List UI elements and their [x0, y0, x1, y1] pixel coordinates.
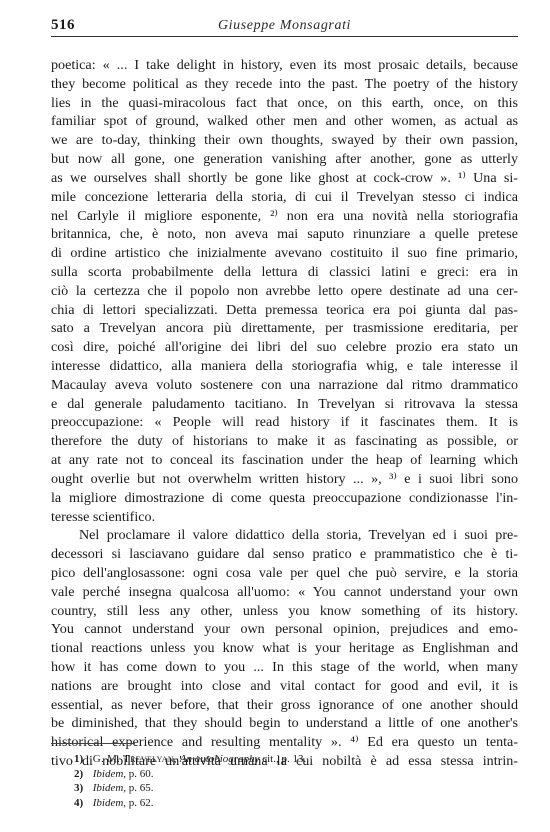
text-line: pico dell'anglosassone: ogni cosa vale p… [51, 564, 518, 583]
text-line: la migliore dimostrazione di come questa… [51, 489, 518, 508]
footnote-title: An autobiography [180, 753, 260, 765]
body-text: poetica: « ... I take delight in history… [51, 56, 518, 771]
text-line: sato a Trevelyan ancora più direttamente… [51, 319, 518, 338]
text-line: decessori si lasciavano guidare dal sens… [51, 545, 518, 564]
text-line: interesse didattico, alla maniera della … [51, 357, 518, 376]
running-title: Giuseppe Monsagrati [51, 18, 518, 34]
text-line: familiar spot of ground, walked other me… [51, 112, 518, 131]
text-line: tional reactions unless you know what is… [51, 639, 518, 658]
text-line: lies in the quasi-miracolous fact that o… [51, 94, 518, 113]
footnote-title: Ibidem, [93, 782, 126, 794]
text-line: Macaulay aveva voluto sostenere con una … [51, 376, 518, 395]
text-line: così dire, poiché all'origine dei libri … [51, 338, 518, 357]
text-line: but now all gone, one generation vanishi… [51, 150, 518, 169]
text-line: preoccupazione: « People will read histo… [51, 413, 518, 432]
text-line: di ordine artistico che inizialmente ave… [51, 244, 518, 263]
footnote-number: 3) [74, 781, 90, 796]
text-line: be diminished, that they should begin to… [51, 714, 518, 733]
text-line: nel Carlyle il migliore esponente, ²⁾ no… [51, 207, 518, 226]
paragraph-start-line: Nel proclamare il valore didattico della… [51, 526, 518, 545]
text-line: poetica: « ... I take delight in history… [51, 56, 518, 75]
text-line: how it has come down to you ... In this … [51, 658, 518, 677]
footnote-ref: cit., p. 13. [262, 753, 306, 765]
text-line: You cannot understand your own personal … [51, 620, 518, 639]
text-line: britannica, che, è noto, non aveva mai s… [51, 225, 518, 244]
footnotes: 1) G. M. Trevelyan, An autobiography cit… [74, 752, 514, 810]
text-line: sulla scorta probabilmente della lettura… [51, 263, 518, 282]
text-line: at any rate not to conceal its fascinati… [51, 451, 518, 470]
footnote-3: 3) Ibidem, p. 65. [74, 781, 514, 796]
footnote-number: 1) [74, 752, 90, 767]
text-line: therefore the duty of historians to make… [51, 432, 518, 451]
text-line: nations are brought into close and vital… [51, 677, 518, 696]
footnote-ref: p. 65. [129, 782, 154, 794]
footnote-number: 2) [74, 767, 90, 782]
text-line: essential, as never before, that their g… [51, 696, 518, 715]
footnote-1: 1) G. M. Trevelyan, An autobiography cit… [74, 752, 514, 767]
header-rule [51, 36, 518, 37]
footnote-title: Ibidem, [93, 768, 126, 780]
text-line: as we ourselves shall shortly be gone li… [51, 169, 518, 188]
text-line: ought overlie but not overwhelm written … [51, 470, 518, 489]
footnote-number: 4) [74, 796, 90, 811]
running-header: 516 Giuseppe Monsagrati [51, 17, 518, 37]
footnote-ref: p. 62. [129, 797, 154, 809]
document-page: 516 Giuseppe Monsagrati poetica: « ... I… [0, 0, 550, 832]
footnote-ref: p. 60. [129, 768, 154, 780]
text-line: we are to-day, thinking their own though… [51, 131, 518, 150]
footnote-2: 2) Ibidem, p. 60. [74, 767, 514, 782]
text-line: e dal generale paludamento tacitiano. In… [51, 395, 518, 414]
text-line: ciò la certezza che il popolo non avrebb… [51, 282, 518, 301]
text-line: chia di lettori specializzati. Detta pre… [51, 301, 518, 320]
footnote-author: G. M. Trevelyan, [93, 753, 177, 765]
text-line: they become political as they recede int… [51, 75, 518, 94]
text-line: country, still less any other, unless yo… [51, 602, 518, 621]
footnote-title: Ibidem, [93, 797, 126, 809]
footnote-rule [51, 743, 135, 744]
text-line: teresse scientifico. [51, 508, 518, 527]
text-line: mile concezione letteraria della storia,… [51, 188, 518, 207]
footnote-4: 4) Ibidem, p. 62. [74, 796, 514, 811]
text-line: vale perché insegna qualcosa all'uomo: «… [51, 583, 518, 602]
